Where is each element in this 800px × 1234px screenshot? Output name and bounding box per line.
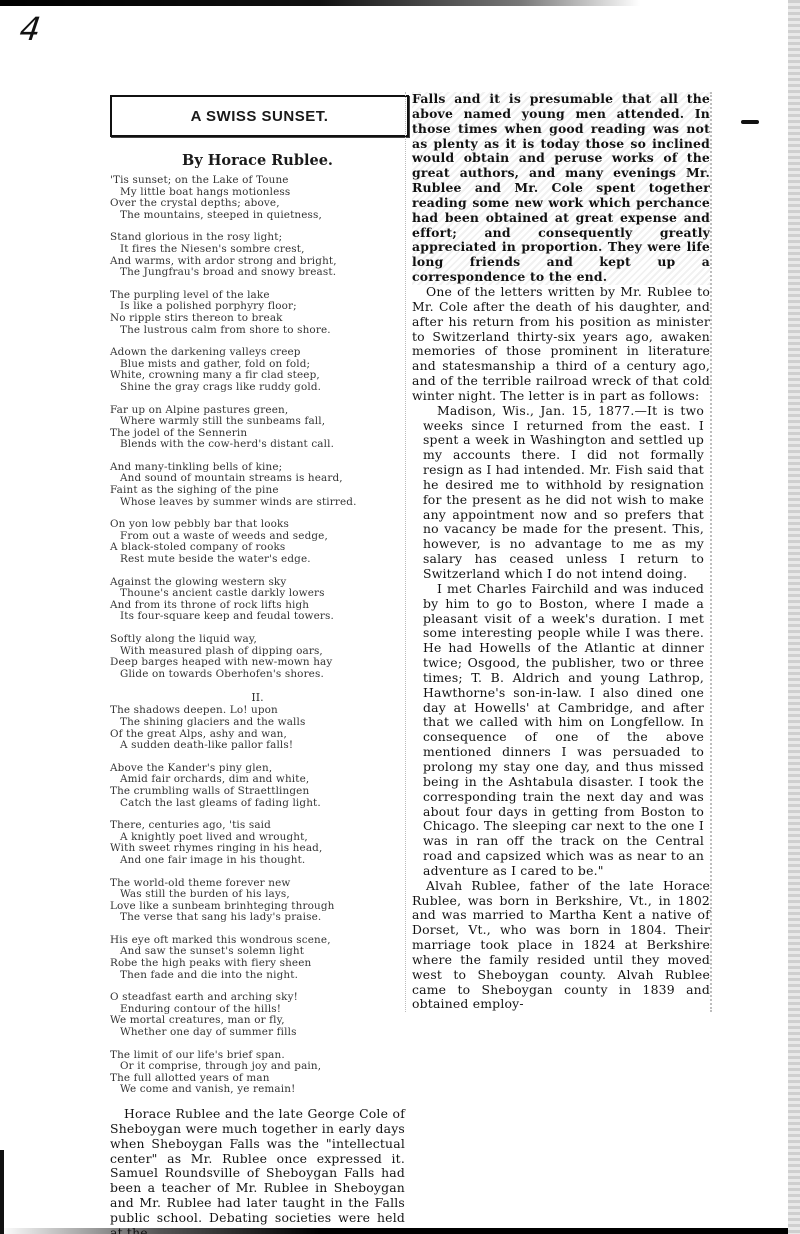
poem-part-one: 'Tis sunset; on the Lake of TouneMy litt… xyxy=(110,175,405,680)
poem-line: Faint as the sighing of the pine xyxy=(110,485,405,497)
poem-line: No ripple stirs thereon to break xyxy=(110,313,405,325)
page-number: 4 xyxy=(17,10,43,48)
poem-stanza: There, centuries ago, 'tis saidA knightl… xyxy=(110,820,405,866)
poem-line: Its four-square keep and feudal towers. xyxy=(110,611,405,623)
poem-line: There, centuries ago, 'tis said xyxy=(110,820,405,832)
left-prose-block: Horace Rublee and the late George Cole o… xyxy=(110,1107,405,1234)
poem-line: Adown the darkening valleys creep xyxy=(110,347,405,359)
poem-line: The verse that sang his lady's praise. xyxy=(110,912,405,924)
paragraph-letters: One of the letters written by Mr. Rublee… xyxy=(412,285,710,404)
poem-stanza: The shadows deepen. Lo! uponThe shining … xyxy=(110,705,405,751)
poem-section-mark: II. xyxy=(110,691,405,704)
poem-stanza: His eye oft marked this wondrous scene,A… xyxy=(110,935,405,981)
poem-stanza: On yon low pebbly bar that looksFrom out… xyxy=(110,519,405,565)
poem-line: The lustrous calm from shore to shore. xyxy=(110,325,405,337)
paragraph-continued: Falls and it is presumable that all the … xyxy=(412,92,710,285)
poem-line: And one fair image in his thought. xyxy=(110,855,405,867)
poem-line: We come and vanish, ye remain! xyxy=(110,1084,405,1096)
poem-line: Then fade and die into the night. xyxy=(110,970,405,982)
poem-line: Catch the last gleams of fading light. xyxy=(110,798,405,810)
quoted-letter: Madison, Wis., Jan. 15, 1877.—It is two … xyxy=(412,404,710,879)
poem-stanza: The world-old theme forever newWas still… xyxy=(110,878,405,924)
article-title: A SWISS SUNSET. xyxy=(191,108,329,125)
poem-stanza: Against the glowing western skyThoune's … xyxy=(110,577,405,623)
poem-line: Blends with the cow-herd's distant call. xyxy=(110,439,405,451)
poem-stanza: The limit of our life's brief span.Or it… xyxy=(110,1050,405,1096)
poem-line: Glide on towards Oberhofen's shores. xyxy=(110,669,405,681)
left-column: A SWISS SUNSET. By Horace Rublee. 'Tis s… xyxy=(110,95,405,1234)
poem-stanza: And many-tinkling bells of kine;And soun… xyxy=(110,462,405,508)
poem-line: 'Tis sunset; on the Lake of Toune xyxy=(110,175,405,187)
letter-paragraph-two: I met Charles Fairchild and was induced … xyxy=(423,582,704,879)
scan-edge-left xyxy=(0,1150,4,1234)
poem-line: The shining glaciers and the walls xyxy=(110,717,405,729)
poem-line: Robe the high peaks with fiery sheen xyxy=(110,958,405,970)
poem-stanza: O steadfast earth and arching sky!Enduri… xyxy=(110,992,405,1038)
article-byline: By Horace Rublee. xyxy=(110,152,405,169)
poem-line: Where warmly still the sunbeams fall, xyxy=(110,416,405,428)
poem-stanza: Adown the darkening valleys creepBlue mi… xyxy=(110,347,405,393)
poem-line: The Jungfrau's broad and snowy breast. xyxy=(110,267,405,279)
poem-part-two: The shadows deepen. Lo! uponThe shining … xyxy=(110,705,405,1096)
poem-line: The crumbling walls of Straettlingen xyxy=(110,786,405,798)
poem-line: Rest mute beside the water's edge. xyxy=(110,554,405,566)
paragraph-rublee-cole: Horace Rublee and the late George Cole o… xyxy=(110,1107,405,1234)
letter-paragraph-one: Madison, Wis., Jan. 15, 1877.—It is two … xyxy=(423,404,704,582)
poem-line: Shine the gray crags like ruddy gold. xyxy=(110,382,405,394)
poem-stanza: Above the Kander's piny glen,Amid fair o… xyxy=(110,763,405,809)
poem-stanza: Far up on Alpine pastures green,Where wa… xyxy=(110,405,405,451)
poem-stanza: The purpling level of the lakeIs like a … xyxy=(110,290,405,336)
poem-stanza: Stand glorious in the rosy light;It fire… xyxy=(110,232,405,278)
margin-mark xyxy=(741,120,759,124)
right-prose-block: Falls and it is presumable that all the … xyxy=(412,92,710,1012)
poem-line: It fires the Niesen's sombre crest, xyxy=(110,244,405,256)
scan-edge-top xyxy=(0,0,800,6)
right-column: Falls and it is presumable that all the … xyxy=(405,92,712,1012)
poem-line: Softly along the liquid way, xyxy=(110,634,405,646)
poem-line: Whether one day of summer fills xyxy=(110,1027,405,1039)
poem-line: A sudden death-like pallor falls! xyxy=(110,740,405,752)
poem-line: Was still the burden of his lays, xyxy=(110,889,405,901)
article-title-box: A SWISS SUNSET. xyxy=(110,95,409,137)
scan-edge-right xyxy=(788,0,800,1234)
poem-stanza: Softly along the liquid way,With measure… xyxy=(110,634,405,680)
poem-stanza: 'Tis sunset; on the Lake of TouneMy litt… xyxy=(110,175,405,221)
poem-line: The mountains, steeped in quietness, xyxy=(110,210,405,222)
poem-line: Whose leaves by summer winds are stirred… xyxy=(110,497,405,509)
paragraph-alvah-rublee: Alvah Rublee, father of the late Horace … xyxy=(412,879,710,1013)
